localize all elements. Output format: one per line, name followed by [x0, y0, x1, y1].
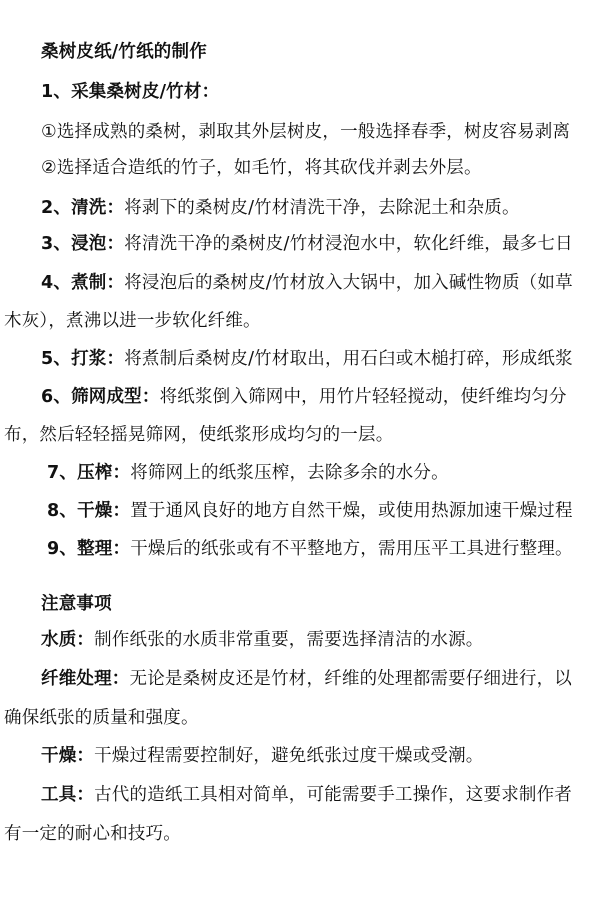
step-label: 9、整理：: [47, 539, 130, 559]
step-text: 将浸泡后的桑树皮/竹材放入大锅中，加入碱性物质（如草: [124, 273, 573, 293]
note-label: 水质：: [41, 630, 94, 650]
step-4-continued: 木灰），煮沸以进一步软化纤维。: [4, 309, 261, 333]
note-water: 水质：制作纸张的水质非常重要，需要选择清洁的水源。: [41, 628, 484, 652]
step-label: 7、压榨：: [47, 463, 130, 483]
step-6-continued: 布，然后轻轻摇晃筛网，使纸浆形成均匀的一层。: [4, 423, 393, 447]
note-label: 纤维处理：: [41, 669, 130, 689]
note-tools: 工具：古代的造纸工具相对简单，可能需要手工操作，这要求制作者: [41, 783, 572, 807]
step-5: 5、打浆：将煮制后桑树皮/竹材取出，用石臼或木槌打碎，形成纸浆: [41, 347, 573, 371]
step-4: 4、煮制：将浸泡后的桑树皮/竹材放入大锅中，加入碱性物质（如草: [41, 271, 573, 295]
step-2: 2、清洗：将剥下的桑树皮/竹材清洗干净，去除泥土和杂质。: [41, 196, 520, 220]
step-label: 8、干燥：: [47, 501, 130, 521]
note-text: 制作纸张的水质非常重要，需要选择清洁的水源。: [94, 630, 483, 650]
notes-title: 注意事项: [41, 592, 112, 616]
note-tools-continued: 有一定的耐心和技巧。: [4, 822, 181, 846]
step-label: 4、煮制：: [41, 273, 124, 293]
document-title: 桑树皮纸/竹纸的制作: [41, 40, 207, 64]
step-1-sub-1: ①选择成熟的桑树，剥取其外层树皮，一般选择春季，树皮容易剥离: [41, 120, 570, 144]
step-1-sub-2: ②选择适合造纸的竹子，如毛竹，将其砍伐并剥去外层。: [41, 156, 482, 180]
step-text: 将纸浆倒入筛网中，用竹片轻轻搅动，使纤维均匀分: [160, 387, 567, 407]
step-label: 3、浸泡：: [41, 234, 124, 254]
note-label: 干燥：: [41, 746, 94, 766]
step-text: 置于通风良好的地方自然干燥，或使用热源加速干燥过程: [130, 501, 573, 521]
step-text: 将筛网上的纸浆压榨，去除多余的水分。: [130, 463, 449, 483]
step-1-heading: 1、采集桑树皮/竹材：: [41, 80, 219, 104]
note-drying: 干燥：干燥过程需要控制好，避免纸张过度干燥或受潮。: [41, 744, 484, 768]
step-label: 2、清洗：: [41, 198, 124, 218]
note-text: 干燥过程需要控制好，避免纸张过度干燥或受潮。: [94, 746, 483, 766]
step-text: 将剥下的桑树皮/竹材清洗干净，去除泥土和杂质。: [124, 198, 520, 218]
step-label: 6、筛网成型：: [41, 387, 160, 407]
note-label: 工具：: [41, 785, 94, 805]
step-text: 干燥后的纸张或有不平整地方，需用压平工具进行整理。: [130, 539, 573, 559]
step-7: 7、压榨：将筛网上的纸浆压榨，去除多余的水分。: [47, 461, 449, 485]
step-label: 5、打浆：: [41, 349, 124, 369]
step-text: 将清洗干净的桑树皮/竹材浸泡水中，软化纤维，最多七日: [124, 234, 573, 254]
step-9: 9、整理：干燥后的纸张或有不平整地方，需用压平工具进行整理。: [47, 537, 573, 561]
step-3: 3、浸泡：将清洗干净的桑树皮/竹材浸泡水中，软化纤维，最多七日: [41, 232, 573, 256]
note-text: 古代的造纸工具相对简单，可能需要手工操作，这要求制作者: [94, 785, 572, 805]
step-6: 6、筛网成型：将纸浆倒入筛网中，用竹片轻轻搅动，使纤维均匀分: [41, 385, 567, 409]
step-8: 8、干燥：置于通风良好的地方自然干燥，或使用热源加速干燥过程: [47, 499, 573, 523]
note-text: 无论是桑树皮还是竹材，纤维的处理都需要仔细进行，以: [130, 669, 573, 689]
step-text: 将煮制后桑树皮/竹材取出，用石臼或木槌打碎，形成纸浆: [124, 349, 573, 369]
note-fiber-continued: 确保纸张的质量和强度。: [4, 706, 199, 730]
note-fiber: 纤维处理：无论是桑树皮还是竹材，纤维的处理都需要仔细进行，以: [41, 667, 572, 691]
